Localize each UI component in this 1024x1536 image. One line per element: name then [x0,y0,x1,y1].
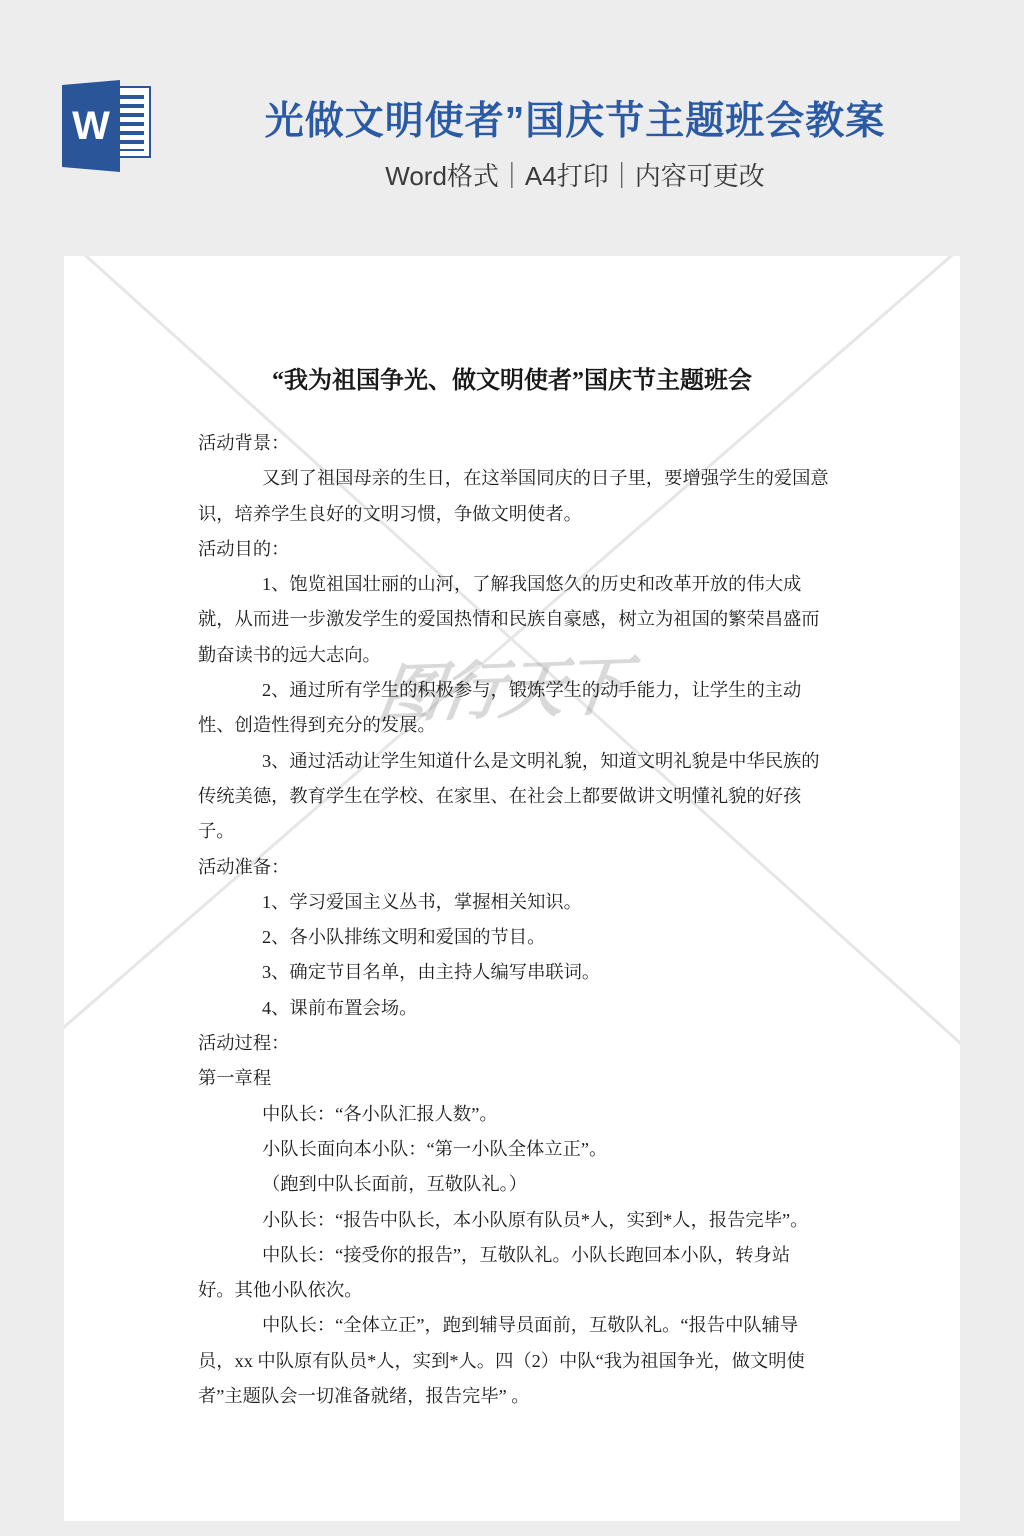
doc-line: 性、创造性得到充分的发展。 [198,708,838,743]
doc-line: 4、课前布置会场。 [198,991,838,1026]
doc-line: 3、通过活动让学生知道什么是文明礼貌，知道文明礼貌是中华民族的 [198,744,838,779]
doc-line: 传统美德，教育学生在学校、在家里、在社会上都要做讲文明懂礼貌的好孩 [198,779,838,814]
doc-line: 员，xx 中队原有队员*人，实到*人。四（2）中队“我为祖国争光，做文明使 [198,1344,838,1379]
doc-line: 中队长：“各小队汇报人数”。 [198,1097,838,1132]
doc-line: 1、学习爱国主义丛书，掌握相关知识。 [198,885,838,920]
doc-line: 中队长：“全体立正”，跑到辅导员面前，互敬队礼。“报告中队辅导 [198,1308,838,1343]
doc-line: 小队长：“报告中队长，本小队原有队员*人，实到*人，报告完毕”。 [198,1203,838,1238]
doc-line: 2、各小队排练文明和爱国的节目。 [198,920,838,955]
doc-line: 活动目的： [198,532,838,567]
doc-line: 2、通过所有学生的积极参与，锻炼学生的动手能力，让学生的主动 [198,673,838,708]
doc-line: 就，从而进一步激发学生的爱国热情和民族自豪感，树立为祖国的繁荣昌盛而 [198,602,838,637]
doc-line: 勤奋读书的远大志向。 [198,638,838,673]
word-icon: W [62,80,154,174]
word-w-panel-icon: W [62,80,120,172]
doc-line: 活动背景： [198,426,838,461]
doc-line: 子。 [198,814,838,849]
doc-line: 好。其他小队依次。 [198,1273,838,1308]
doc-line: 者”主题队会一切准备就绪，报告完毕” 。 [198,1379,838,1414]
doc-line: 识，培养学生良好的文明习惯，争做文明使者。 [198,497,838,532]
doc-line: 1、饱览祖国壮丽的山河，了解我国悠久的历史和改革开放的伟大成 [198,567,838,602]
doc-line: 3、确定节目名单，由主持人编写串联词。 [198,955,838,990]
template-preview-page: W 光做文明使者”国庆节主题班会教案 Word格式｜A4打印｜内容可更改 图行天… [0,0,1024,1536]
doc-body: 活动背景：又到了祖国母亲的生日，在这举国同庆的日子里，要增强学生的爱国意识，培养… [198,426,838,1414]
page-title: 光做文明使者”国庆节主题班会教案 [205,90,945,146]
doc-line: 活动准备： [198,850,838,885]
doc-line: 小队长面向本小队：“第一小队全体立正”。 [198,1132,838,1167]
document-title: “我为祖国争光、做文明使者”国庆节主题班会 [64,360,960,395]
doc-line: 活动过程： [198,1026,838,1061]
doc-line: 中队长：“接受你的报告”，互敬队礼。小队长跑回本小队，转身站 [198,1238,838,1273]
doc-line: 又到了祖国母亲的生日，在这举国同庆的日子里，要增强学生的爱国意 [198,461,838,496]
page-subtitle: Word格式｜A4打印｜内容可更改 [205,156,945,193]
document-page: 图行天下 “我为祖国争光、做文明使者”国庆节主题班会 活动背景：又到了祖国母亲的… [64,256,960,1521]
doc-line: 第一章程 [198,1061,838,1096]
doc-line: （跑到中队长面前，互敬队礼。） [198,1167,838,1202]
